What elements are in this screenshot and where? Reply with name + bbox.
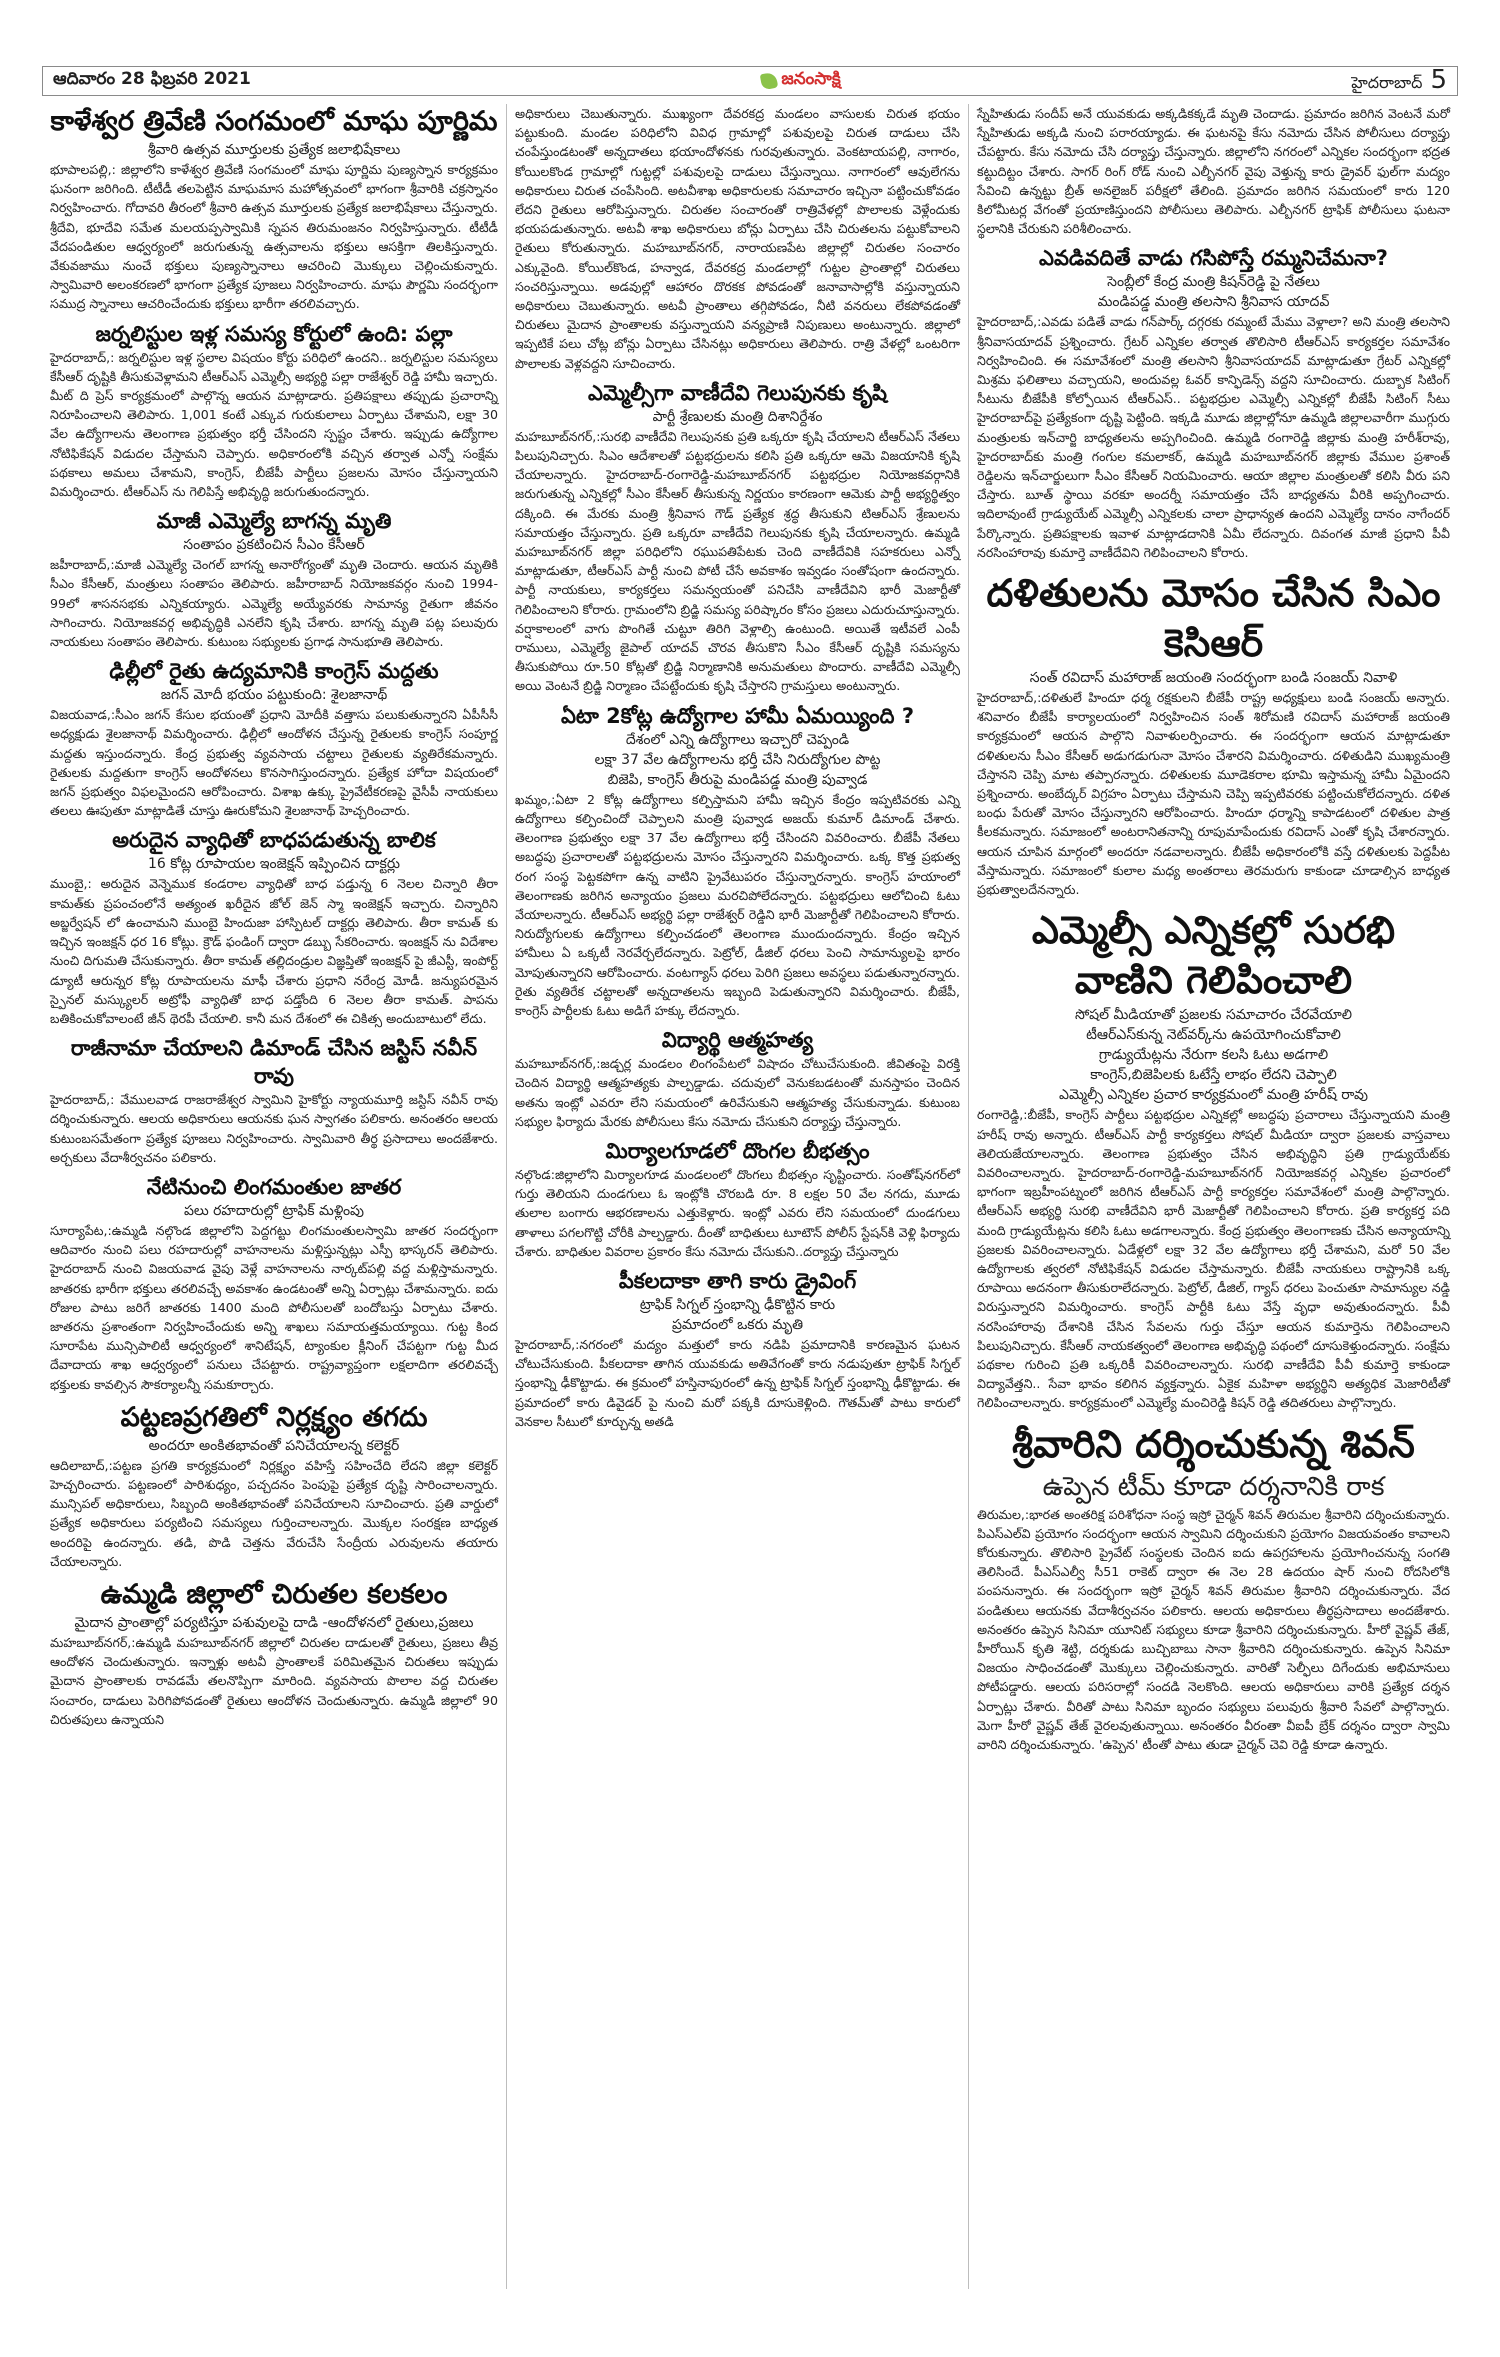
article-body: తిరుమల,:భారత అంతరిక్ష పరిశోధనా సంస్థ ఇస్… bbox=[977, 1505, 1450, 1755]
article-body: మహబూబ్‌నగర్,:ఉమ్మడి మహబూబ్‌నగర్ జిల్లాలో… bbox=[50, 1633, 498, 1729]
headline: ఎవడివదితే వాడు గసిపోస్తే రమ్మనిచేమనా? bbox=[977, 244, 1450, 272]
subheadline: గ్రాడ్యుయేట్లను నేరుగా కలసి ఓటు అడగాలి bbox=[977, 1045, 1450, 1065]
subheadline: సంత్ రవిదాస్ మహారాజ్ జయంతి సందర్భంగా బండ… bbox=[977, 668, 1450, 688]
headline: పట్టణప్రగతిలో నిర్లక్ష్యం తగదు bbox=[50, 1400, 498, 1436]
article-body: ముంబై,: అరుదైన వెన్నెముక కండరాల వ్యాధితో… bbox=[50, 874, 498, 1028]
article-drunk-driving: పీకలదాకా తాగి కారు డ్రైవింగ్ ట్రాఫిక్ సి… bbox=[515, 1267, 960, 1431]
article-sivan-tirumala: శ్రీవారిని దర్శించుకున్న శివన్ ఉప్పెన టీ… bbox=[977, 1419, 1450, 1755]
news-columns: కాళేశ్వర త్రివేణి సంగమంలో మాఘ పూర్ణిమ శ్… bbox=[42, 104, 1458, 2289]
headline: మిర్యాలగూడలో దొంగల బీభత్సం bbox=[515, 1137, 960, 1165]
subheadline: ఎమ్మెల్సీ ఎన్నికల ప్రచార కార్యక్రమంలో మం… bbox=[977, 1085, 1450, 1105]
headline: శ్రీవారిని దర్శించుకున్న శివన్ bbox=[977, 1419, 1450, 1469]
subheadline: పలు రహదారుల్లో ట్రాఫిక్ మళ్లింపు bbox=[50, 1201, 498, 1221]
newspaper-logo: జనంసాక్షి bbox=[761, 69, 840, 93]
article-body: జహీరాబాద్,:మాజీ ఎమ్మెల్యే చెంగల్ బాగన్న … bbox=[50, 555, 498, 651]
article-leopards: ఉమ్మడి జిల్లాలో చిరుతల కలకలం మైదాన ప్రాం… bbox=[50, 1577, 498, 1729]
headline: నేటినుంచి లింగమంతుల జాతర bbox=[50, 1173, 498, 1201]
subheadline: జగన్ మోదీ భయం పట్టుకుంది: శైలజానాథ్ bbox=[50, 685, 498, 705]
subheadline: పార్టీ శ్రేణులకు మంత్రి దిశానిర్దేశం bbox=[515, 407, 960, 427]
article-justice-naveen-rao: రాజీనామా చేయాలని డిమాండ్ చేసిన జస్టిస్ న… bbox=[50, 1034, 498, 1167]
article-body: మహబూబ్‌నగర్,:జడ్చర్ల మండలం లింగంపేటలో వి… bbox=[515, 1054, 960, 1131]
article-body: స్నేహితుడు సందీప్ అనే యువకుడు అక్కడికక్క… bbox=[977, 104, 1450, 238]
subheadline: బిజెపి, కాంగ్రెస్ తీరుపై మండిపడ్డ మంత్రి… bbox=[515, 770, 960, 790]
article-farmers-protest: ఢిల్లీలో రైతు ఉద్యమానికి కాంగ్రెస్ మద్దత… bbox=[50, 657, 498, 820]
article-body: అధికారులు చెబుతున్నారు. ముఖ్యంగా దేవరకద్… bbox=[515, 104, 960, 373]
article-body: హైదరాబాద్,: వేములవాడ రాజరాజేశ్వర స్వామిన… bbox=[50, 1090, 498, 1167]
subheadline: మైదాన ప్రాంతాల్లో పర్యటిస్తూ పశువులపై దా… bbox=[50, 1613, 498, 1633]
subheadline: ఉప్పెన టీమ్ కూడా దర్శనానికి రాక bbox=[977, 1469, 1450, 1505]
article-two-crore-jobs: ఏటా 2కోట్ల ఉద్యోగాల హామీ ఏమయ్యింది ? దేశ… bbox=[515, 702, 960, 1020]
subheadline: కాంగ్రెస్,బిజెపిలకు ఓటేస్తే లాభం లేదని చ… bbox=[977, 1065, 1450, 1085]
subheadline: మండిపడ్డ మంత్రి తలసాని శ్రీనివాస యాదవ్ bbox=[977, 292, 1450, 312]
subheadline: ప్రమాదంలో ఒకరు మృతి bbox=[515, 1315, 960, 1335]
headline: విద్యార్థి ఆత్మహత్య bbox=[515, 1026, 960, 1054]
article-body: నల్గొండ:జిల్లాలోని మిర్యాలగూడ మండలంలో దొ… bbox=[515, 1165, 960, 1261]
column-2: అధికారులు చెబుతున్నారు. ముఖ్యంగా దేవరకద్… bbox=[507, 104, 969, 2289]
article-body: హైదరాబాద్,: జర్నలిస్టుల ఇళ్ల స్థలాల విషయ… bbox=[50, 348, 498, 502]
article-lingamanthula-jatara: నేటినుంచి లింగమంతుల జాతర పలు రహదారుల్లో … bbox=[50, 1173, 498, 1394]
subheadline: 16 కోట్ల రూపాయల ఇంజెక్షన్ ఇప్పించిన దాక్… bbox=[50, 854, 498, 874]
subheadline: అందరూ అంకితభావంతో పనిచేయాలన్న కలెక్టర్ bbox=[50, 1436, 498, 1456]
subheadline: సెంబ్లీలో కేంద్ర మంత్రి కిషన్‌రెడ్డి పై … bbox=[977, 272, 1450, 292]
headline: ఏటా 2కోట్ల ఉద్యోగాల హామీ ఏమయ్యింది ? bbox=[515, 702, 960, 730]
article-body: హైదరాబాద్,:నగరంలో మద్యం మత్తులో కారు నడి… bbox=[515, 1335, 960, 1431]
article-dalits-cheated: దళితులను మోసం చేసిన సిఎం కెసిఆర్ సంత్ రవ… bbox=[977, 568, 1450, 899]
article-leopards-continued: అధికారులు చెబుతున్నారు. ముఖ్యంగా దేవరకద్… bbox=[515, 104, 960, 373]
column-1: కాళేశ్వర త్రివేణి సంగమంలో మాఘ పూర్ణిమ శ్… bbox=[42, 104, 507, 2289]
headline: జర్నలిస్టుల ఇళ్ల సమస్య కోర్టులో ఉంది: పల… bbox=[50, 320, 498, 348]
edition-city: హైదరాబాద్ bbox=[1351, 73, 1422, 96]
article-body: హైదరాబాద్,:దళితులే హిందూ ధర్మ రక్షకులని … bbox=[977, 688, 1450, 899]
subheadline: శ్రీవారి ఉత్సవ మూర్తులకు ప్రత్యేక జలాభిష… bbox=[50, 140, 498, 160]
article-body: రంగారెడ్డి,:బీజేపీ, కాంగ్రెస్ పార్టీలు ప… bbox=[977, 1105, 1450, 1412]
article-body: విజయవాడ,:సీఎం జగన్ కేసుల భయంతో ప్రధాని మ… bbox=[50, 705, 498, 820]
edition-info: హైదరాబాద్ 5 bbox=[1351, 67, 1447, 96]
subheadline: సంతాపం ప్రకటించిన సీఎం కేసీఆర్ bbox=[50, 535, 498, 555]
article-vanidevi-victory: ఎమ్మెల్సీగా వాణీదేవి గెలుపునకు కృషి పార్… bbox=[515, 379, 960, 696]
article-miryalaguda-theft: మిర్యాలగూడలో దొంగల బీభత్సం నల్గొండ:జిల్ల… bbox=[515, 1137, 960, 1261]
article-pattana-pragathi: పట్టణప్రగతిలో నిర్లక్ష్యం తగదు అందరూ అంక… bbox=[50, 1400, 498, 1571]
article-talasani: ఎవడివదితే వాడు గసిపోస్తే రమ్మనిచేమనా? సె… bbox=[977, 244, 1450, 562]
article-body: ఖమ్మం,:ఏటా 2 కోట్ల ఉద్యోగాలు కల్పిస్తామన… bbox=[515, 790, 960, 1020]
article-body: ఆదిలాబాద్,:పట్టణ ప్రగతి కార్యక్రమంలో నిర… bbox=[50, 1456, 498, 1571]
article-kaleshwaram: కాళేశ్వర త్రివేణి సంగమంలో మాఘ పూర్ణిమ శ్… bbox=[50, 104, 498, 314]
page-masthead: ఆదివారం 28 ఫిబ్రవరి 2021 జనంసాక్షి హైదరా… bbox=[42, 66, 1458, 96]
headline: ఎమ్మెల్సీగా వాణీదేవి గెలుపునకు కృషి bbox=[515, 379, 960, 407]
article-journalists-houses: జర్నలిస్టుల ఇళ్ల సమస్య కోర్టులో ఉంది: పల… bbox=[50, 320, 498, 502]
headline: అరుదైన వ్యాధితో బాధపడుతున్న బాలిక bbox=[50, 826, 498, 854]
column-3: స్నేహితుడు సందీప్ అనే యువకుడు అక్కడికక్క… bbox=[969, 104, 1458, 2289]
page-number: 5 bbox=[1430, 67, 1447, 93]
headline: ఢిల్లీలో రైతు ఉద్యమానికి కాంగ్రెస్ మద్దత… bbox=[50, 657, 498, 685]
article-former-mla: మాజీ ఎమ్మెల్యే బాగన్న మృతి సంతాపం ప్రకటి… bbox=[50, 507, 498, 651]
headline: ఉమ్మడి జిల్లాలో చిరుతల కలకలం bbox=[50, 1577, 498, 1613]
headline: ఎమ్మెల్సీ ఎన్నికల్లో సురభి వాణిని గెలిపి… bbox=[977, 905, 1450, 1005]
subheadline: టీఆర్ఎస్‌కున్న నెట్‌వర్క్‌ను ఉపయోగించుకో… bbox=[977, 1025, 1450, 1045]
article-student-suicide: విద్యార్థి ఆత్మహత్య మహబూబ్‌నగర్,:జడ్చర్ల… bbox=[515, 1026, 960, 1131]
subheadline: సోషల్ మీడియాతో ప్రజలకు సమాచారం చేరవేయాలి bbox=[977, 1005, 1450, 1025]
article-body: మహబూబ్‌నగర్,:సురభి వాణీదేవి గెలుపునకు ప్… bbox=[515, 427, 960, 696]
headline: రాజీనామా చేయాలని డిమాండ్ చేసిన జస్టిస్ న… bbox=[50, 1034, 498, 1090]
article-surabhi-vani: ఎమ్మెల్సీ ఎన్నికల్లో సురభి వాణిని గెలిపి… bbox=[977, 905, 1450, 1412]
subheadline: దేశంలో ఎన్ని ఉద్యోగాలు ఇచ్చారో చెప్పండి bbox=[515, 730, 960, 750]
article-rare-disease: అరుదైన వ్యాధితో బాధపడుతున్న బాలిక 16 కోట… bbox=[50, 826, 498, 1028]
telangana-map-icon bbox=[760, 72, 779, 91]
article-body: సూర్యాపేట,:ఉమ్మడి నల్గొండ జిల్లాలోని పెద… bbox=[50, 1221, 498, 1394]
article-body: భూపాలపల్లి,: జిల్లాలోని కాళేశ్వర త్రివేణ… bbox=[50, 160, 498, 314]
subheadline: ట్రాఫిక్ సిగ్నల్ స్తంభాన్ని ఢీకొట్టిన కా… bbox=[515, 1295, 960, 1315]
article-drunk-driving-continued: స్నేహితుడు సందీప్ అనే యువకుడు అక్కడికక్క… bbox=[977, 104, 1450, 238]
headline: దళితులను మోసం చేసిన సిఎం కెసిఆర్ bbox=[977, 568, 1450, 668]
article-body: హైదరాబాద్,:ఎవడు పడితే వాడు గన్‌పార్క్ దగ… bbox=[977, 312, 1450, 562]
issue-date: ఆదివారం 28 ఫిబ్రవరి 2021 bbox=[53, 69, 251, 93]
headline: మాజీ ఎమ్మెల్యే బాగన్న మృతి bbox=[50, 507, 498, 535]
subheadline: లక్షా 37 వేల ఉద్యోగాలను భర్తీ చేసి నిరుద… bbox=[515, 750, 960, 770]
headline: కాళేశ్వర త్రివేణి సంగమంలో మాఘ పూర్ణిమ bbox=[50, 104, 498, 140]
headline: పీకలదాకా తాగి కారు డ్రైవింగ్ bbox=[515, 1267, 960, 1295]
newspaper-name: జనంసాక్షి bbox=[781, 69, 840, 93]
